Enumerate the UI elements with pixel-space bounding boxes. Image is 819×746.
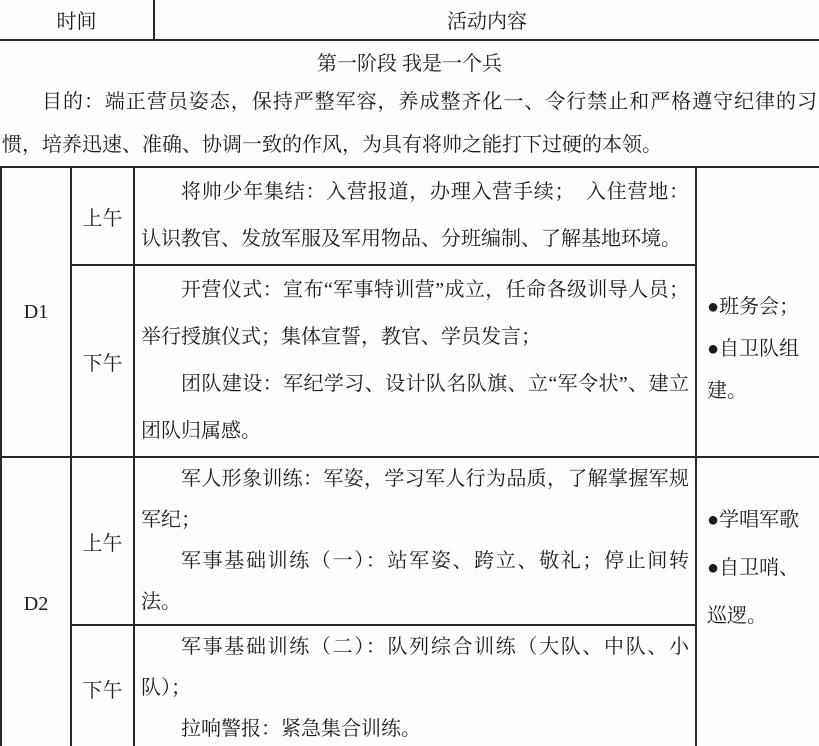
activity-paragraph: 开营仪式：宣布“军事特训营”成立，任命各级训导人员；举行授旗仪式；集体宣誓，教官… [141, 267, 689, 361]
note-item: ●班务会； [707, 286, 816, 328]
schedule-table: D1 上午 将帅少年集结：入营报道，办理入营手续； 入住营地：认识教官、发放军服… [0, 166, 819, 746]
phase-section: 第一阶段 我是一个兵 目的：端正营员姿态，保持严整军容，养成整齐化一、令行禁止和… [0, 47, 819, 167]
activity-paragraph: 将帅少年集结：入营报道，办理入营手续； 入住营地：认识教官、发放军服及军用物品、… [141, 169, 689, 263]
content-cell-d2-pm: 军事基础训练（二）：队列综合训练（大队、中队、小队）； 拉响警报：紧急集合训练。 [134, 625, 696, 746]
note-item: ●自卫哨、巡逻。 [707, 544, 816, 640]
phase-title: 第一阶段 我是一个兵 [2, 47, 817, 81]
header-cell-time: 时间 [0, 0, 155, 39]
table-header-row: 时间 活动内容 [0, 0, 819, 41]
note-item: ●自卫队组建。 [707, 328, 816, 412]
day-cell-d1: D1 [1, 167, 71, 457]
notes-cell-d2: ●学唱军歌 ●自卫哨、巡逻。 [696, 457, 819, 746]
activity-paragraph: 军事基础训练（二）：队列综合训练（大队、中队、小队）； [141, 627, 689, 709]
content-cell-d1-am: 将帅少年集结：入营报道，办理入营手续； 入住营地：认识教官、发放军服及军用物品、… [134, 167, 696, 265]
time-cell-d2-am: 上午 [71, 457, 134, 625]
table-row: D2 上午 军人形象训练：军姿，学习军人行为品质，了解掌握军规军纪； 军事基础训… [1, 457, 819, 625]
activity-paragraph: 军事基础训练（一）：站军姿、跨立、敬礼；停止间转法。 [141, 541, 689, 623]
phase-purpose-paragraph: 目的：端正营员姿态，保持严整军容，养成整齐化一、令行禁止和严格遵守纪律的习惯，培… [2, 81, 817, 167]
content-cell-d1-pm: 开营仪式：宣布“军事特训营”成立，任命各级训导人员；举行授旗仪式；集体宣誓，教官… [134, 265, 696, 457]
activity-paragraph: 拉响警报：紧急集合训练。 [141, 709, 689, 746]
activity-paragraph: 团队建设：军纪学习、设计队名队旗、立“军令状”、建立团队归属感。 [141, 361, 689, 455]
time-cell-d1-pm: 下午 [71, 265, 134, 457]
notes-cell-d1: ●班务会； ●自卫队组建。 [696, 167, 819, 457]
time-cell-d2-pm: 下午 [71, 625, 134, 746]
content-cell-d2-am: 军人形象训练：军姿，学习军人行为品质，了解掌握军规军纪； 军事基础训练（一）：站… [134, 457, 696, 625]
day-cell-d2: D2 [1, 457, 71, 746]
header-cell-activity: 活动内容 [155, 0, 819, 39]
note-item: ●学唱军歌 [707, 496, 816, 544]
table-row: D1 上午 将帅少年集结：入营报道，办理入营手续； 入住营地：认识教官、发放军服… [1, 167, 819, 265]
time-cell-d1-am: 上午 [71, 167, 134, 265]
document-page: 时间 活动内容 第一阶段 我是一个兵 目的：端正营员姿态，保持严整军容，养成整齐… [0, 0, 819, 746]
activity-paragraph: 军人形象训练：军姿，学习军人行为品质，了解掌握军规军纪； [141, 459, 689, 541]
